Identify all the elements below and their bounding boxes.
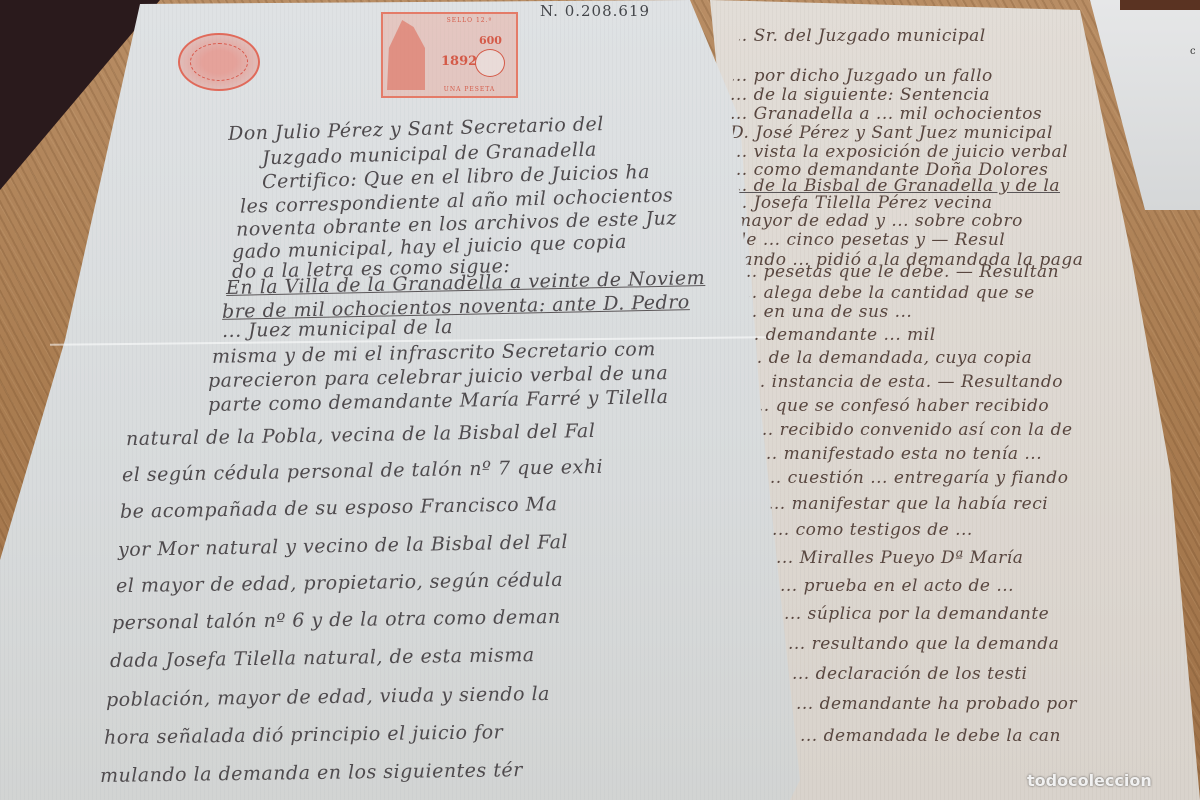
manuscript-line: ... manifestar que la había reci xyxy=(768,494,1048,514)
manuscript-line: ... resultando que la demanda xyxy=(788,634,1059,654)
manuscript-line: ... instancia de esta. — Resultando xyxy=(748,372,1063,392)
municipal-seal-icon xyxy=(178,33,260,91)
manuscript-line: ... Juez municipal de la xyxy=(222,316,453,342)
manuscript-line: ... como testigos de ... xyxy=(772,520,973,540)
stamp-value: 600 xyxy=(479,34,502,47)
manuscript-line: ... súplica por la demandante xyxy=(784,604,1049,624)
manuscript-line: ... Miralles Pueyo Dª María xyxy=(776,548,1023,568)
manuscript-line: ... alega debe la cantidad que se xyxy=(740,283,1035,303)
booklet-text: c xyxy=(1190,46,1196,57)
manuscript-line: ... declaración de los testi xyxy=(792,664,1028,684)
manuscript-line: ... prueba en el acto de ... xyxy=(780,576,1014,596)
manuscript-line: de ... cinco pesetas y — Resul xyxy=(735,230,1005,250)
manuscript-line: D. José Pérez y Sant Juez municipal xyxy=(730,123,1053,143)
manuscript-line: ... de la siguiente: Sentencia xyxy=(730,85,990,105)
stamp-year: 1892 xyxy=(441,54,477,69)
manuscript-line: ... pesetas que le debe. — Resultan xyxy=(740,262,1059,282)
manuscript-line: ... Sr. del Juzgado municipal xyxy=(730,26,986,46)
manuscript-line: ... demandante ha probado por xyxy=(796,694,1077,714)
manuscript-line: ... cuestión ... entregaría y fiando xyxy=(764,468,1068,488)
manuscript-line: ... Josefa Tilella Pérez vecina xyxy=(730,193,992,213)
manuscript-line: ... de la demandada, cuya copia xyxy=(745,348,1032,368)
manuscript-line: ... Granadella a ... mil ochocientos xyxy=(730,104,1042,124)
stamp-oval-icon xyxy=(475,49,505,77)
manuscript-line: ... demandada le debe la can xyxy=(800,726,1061,746)
tax-stamp: SELLO 12.º 600 1892 UNA PESETA xyxy=(381,12,518,98)
manuscript-line: ... en una de sus ... xyxy=(740,302,912,322)
manuscript-line: mayor de edad y ... sobre cobro xyxy=(735,211,1023,231)
booklet-edge xyxy=(1120,0,1200,10)
stamp-footer: UNA PESETA xyxy=(427,86,512,93)
manuscript-line: ... manifestado esta no tenía ... xyxy=(760,444,1042,464)
manuscript-line: ... demandante ... mil xyxy=(742,325,936,345)
manuscript-line: ... que se confesó haber recibido xyxy=(752,396,1049,416)
allegorical-figure-icon xyxy=(387,20,425,90)
manuscript-line: ... recibido convenido así con la de xyxy=(756,420,1073,440)
serial-number: N. 0.208.619 xyxy=(540,2,650,20)
manuscript-line: ... vista la exposición de juicio verbal xyxy=(730,142,1068,162)
watermark-logo: todocoleccion xyxy=(1027,771,1152,790)
stamp-header: SELLO 12.º xyxy=(427,17,512,24)
manuscript-line: ... por dicho Juzgado un fallo xyxy=(730,66,993,86)
